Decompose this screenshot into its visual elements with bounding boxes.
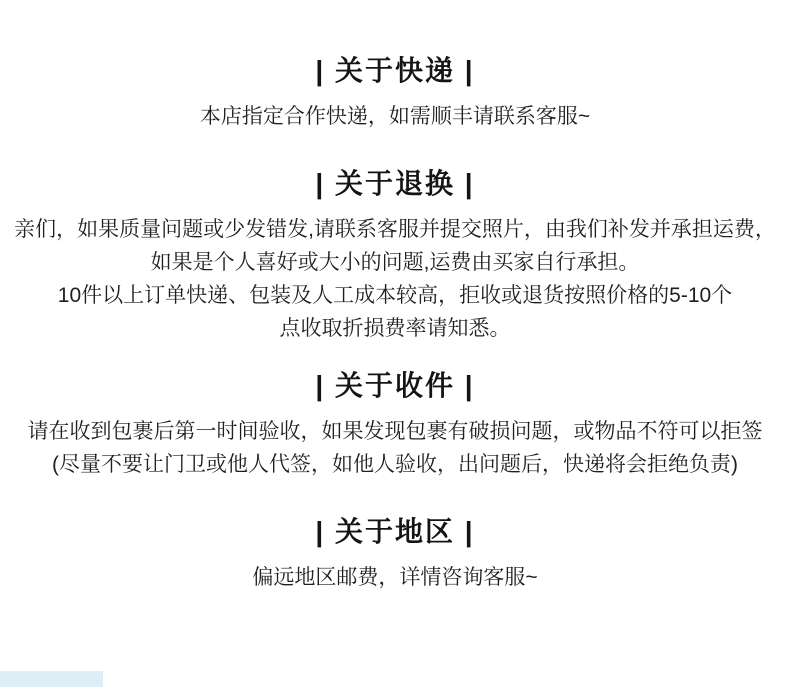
section-region-line: 偏远地区邮费，详情咨询客服~ <box>0 561 790 594</box>
section-returns-line: 亲们，如果质量问题或少发错发,请联系客服并提交照片，由我们补发并承担运费， <box>0 213 790 246</box>
section-region-title: | 关于地区 | <box>0 517 790 547</box>
bottom-left-accent-bar <box>0 671 103 687</box>
notice-content: | 关于快递 | 本店指定合作快递，如需顺丰请联系客服~ | 关于退换 | 亲们… <box>0 0 790 594</box>
section-returns: | 关于退换 | 亲们，如果质量问题或少发错发,请联系客服并提交照片，由我们补发… <box>0 169 790 345</box>
section-shipping-title: | 关于快递 | <box>0 56 790 86</box>
store-policy-notice: { "page": { "background_color": "#ffffff… <box>0 0 790 687</box>
section-receiving-line: (尽量不要让门卫或他人代签，如他人验收，出问题后，快递将会拒绝负责) <box>0 448 790 481</box>
section-receiving: | 关于收件 | 请在收到包裹后第一时间验收，如果发现包裹有破损问题，或物品不符… <box>0 371 790 481</box>
section-returns-line: 点收取折损费率请知悉。 <box>0 312 790 345</box>
section-region: | 关于地区 | 偏远地区邮费，详情咨询客服~ <box>0 517 790 594</box>
section-receiving-title: | 关于收件 | <box>0 371 790 401</box>
section-shipping-line: 本店指定合作快递，如需顺丰请联系客服~ <box>0 100 790 133</box>
section-returns-title: | 关于退换 | <box>0 169 790 199</box>
section-shipping: | 关于快递 | 本店指定合作快递，如需顺丰请联系客服~ <box>0 56 790 133</box>
section-returns-line: 如果是个人喜好或大小的问题,运费由买家自行承担。 <box>0 246 790 279</box>
section-returns-line: 10件以上订单快递、包装及人工成本较高，拒收或退货按照价格的5-10个 <box>0 279 790 312</box>
section-receiving-line: 请在收到包裹后第一时间验收，如果发现包裹有破损问题，或物品不符可以拒签 <box>0 415 790 448</box>
